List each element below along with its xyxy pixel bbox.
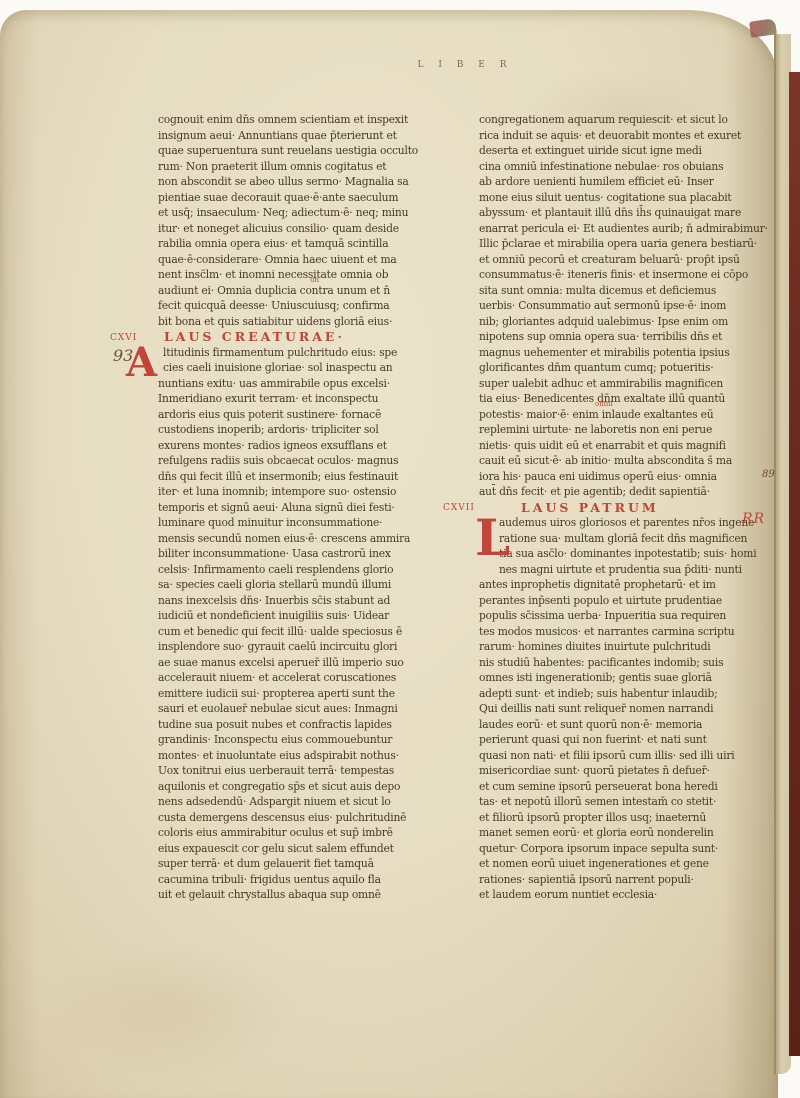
manuscript-line: abyssum· et plantauit illū dn̄s ih̄s qui… <box>479 205 775 221</box>
manuscript-line: celsis· Infirmamento caeli resplendens g… <box>158 562 454 578</box>
manuscript-line: fecit quicquā deesse· Uniuscuiusq; confi… <box>158 298 454 314</box>
manuscript-line: custodiens inoperib; ardoris· triplicite… <box>158 422 454 438</box>
manuscript-line: exurens montes· radios igneos exsufflans… <box>158 438 454 454</box>
manuscript-line: mone eius siluit uentus· cogitatione sua… <box>479 190 775 206</box>
manuscript-line: nietis· quis uidit eū et enarrabit et qu… <box>479 438 775 454</box>
manuscript-line: quae·ē·considerare· Omnia haec uiuent et… <box>158 252 454 268</box>
manuscript-line: populis sc̄issima uerba· Inpueritia sua … <box>479 608 775 624</box>
manuscript-line: potestis· maior·ē· enim inlaude exaltant… <box>479 407 775 423</box>
manuscript-line: ratione sua· multam gloriā fecit dn̄s ma… <box>479 531 775 547</box>
text-block: ltitudinis firmamentum pulchritudo eius:… <box>158 345 454 903</box>
manuscript-line: biliter inconsummatione· Uasa castrorū i… <box>158 546 454 562</box>
manuscript-line: nans inexcelsis dn̄s· Inuerbis sc̄is sta… <box>158 593 454 609</box>
manuscript-line: quae superuentura sunt reuelans uestigia… <box>158 143 454 159</box>
manuscript-line: manet semen eorū· et gloria eorū nondere… <box>479 825 775 841</box>
manuscript-line: quetur· Corpora ipsorum inpace sepulta s… <box>479 841 775 857</box>
manuscript-line: nipotens sup omnia opera sua· terribilis… <box>479 329 775 345</box>
margin-chapter-number-cxvi: CXVI <box>110 334 137 343</box>
manuscript-line: iora his· pauca eni uidimus operū eius· … <box>479 469 775 485</box>
manuscript-line: et filiorū ipsorū propter illos usq; ina… <box>479 810 775 826</box>
manuscript-line: ltitudinis firmamentum pulchritudo eius:… <box>158 345 454 361</box>
manuscript-line: nes magni uirtute et prudentia sua p̄dit… <box>479 562 775 578</box>
manuscript-line: nuntians exitu· uas ammirabile opus exce… <box>158 376 454 392</box>
manuscript-line: eius expauescit cor gelu sicut salem eff… <box>158 841 454 857</box>
manuscript-line: temporis et signū aeui· Aluna signū diei… <box>158 500 454 516</box>
drop-initial-L: L <box>475 513 510 563</box>
manuscript-line: sauri et euolauer̄ nebulae sicut aues: I… <box>158 701 454 717</box>
manuscript-line: tes modos musicos· et narrantes carmina … <box>479 624 775 640</box>
manuscript-line: et usq̄; insaeculum· Neq; adiectum·ē· ne… <box>158 205 454 221</box>
manuscript-line: non abscondit se abeo ullus sermo· Magna… <box>158 174 454 190</box>
book-binding-strip <box>789 72 800 1056</box>
manuscript-line: nib; gloriantes adquid ualebimus· Ipse e… <box>479 314 775 330</box>
manuscript-line: cies caeli inuisione gloriae· sol inaspe… <box>158 360 454 376</box>
margin-red-mark: RR <box>742 512 765 526</box>
manuscript-line: antes inprophetis dignitatē prophetarū· … <box>479 577 775 593</box>
manuscript-line: tia sua asc̄lo· dominantes inpotestatib;… <box>479 546 775 562</box>
text-column-left: cognouit enim dn̄s omnem scientiam et in… <box>158 112 454 903</box>
manuscript-line: iter· et luna inomnib; intempore suo· os… <box>158 484 454 500</box>
manuscript-line: congregationem aquarum requiescit· et si… <box>479 112 775 128</box>
manuscript-line: Qui deillis nati sunt reliquer̄ nomen na… <box>479 701 775 717</box>
manuscript-line: et nomen eorū uiuet ingenerationes et ge… <box>479 856 775 872</box>
manuscript-line: super terrā· et dum gelauerit fiet tamqu… <box>158 856 454 872</box>
manuscript-line: nent insc̄lm· et inomni necessitate omni… <box>158 267 454 283</box>
manuscript-line: coloris eius ammirabitur oculus et sup̄ … <box>158 825 454 841</box>
manuscript-line: cum et benedic qui fecit illū· ualde spe… <box>158 624 454 640</box>
manuscript-line: rabilia omnia opera eius· et tamquā scin… <box>158 236 454 252</box>
manuscript-line: adepti sunt· et indieb; suis habentur in… <box>479 686 775 702</box>
manuscript-line: enarrat pericula ei· Et audientes aurib;… <box>479 221 775 237</box>
manuscript-line: ab ardore uenienti humilem efficiet eū· … <box>479 174 775 190</box>
text-block-col1-part1: cognouit enim dn̄s omnem scientiam et in… <box>158 112 454 329</box>
manuscript-line: Inmeridiano exurit terram· et inconspect… <box>158 391 454 407</box>
text-column-right: congregationem aquarum requiescit· et si… <box>479 112 775 903</box>
manuscript-line: audiunt ei· Omnia duplicia contra unum e… <box>158 283 454 299</box>
text-block: audemus uiros gloriosos et parentes nr̄o… <box>479 515 775 903</box>
manuscript-line: cacumina tribuli· frigidus uentus aquilo… <box>158 872 454 888</box>
manuscript-line: sita sunt omnia: multa dicemus et defici… <box>479 283 775 299</box>
manuscript-line: uerbis· Consummatio aut̄ sermonū ipse·ē·… <box>479 298 775 314</box>
manuscript-line: montes· et inuoluntate eius adspirabit n… <box>158 748 454 764</box>
manuscript-line: nis studiū habentes: pacificantes indomi… <box>479 655 775 671</box>
manuscript-line: mensis secundū nomen eius·ē· crescens am… <box>158 531 454 547</box>
manuscript-line: bit bona et quis satiabitur uidens glori… <box>158 314 454 330</box>
manuscript-line: rum· Non praeterit illum omnis cogitatus… <box>158 159 454 175</box>
manuscript-line: ae suae manus excelsi aperuer̄ illū impe… <box>158 655 454 671</box>
manuscript-line: aquilonis et congregatio sp̄s et sicut a… <box>158 779 454 795</box>
manuscript-line: rarum· homines diuites inuirtute pulchri… <box>479 639 775 655</box>
manuscript-line: insignum aeui· Annuntians quae p̄terieru… <box>158 128 454 144</box>
manuscript-line: Uox tonitrui eius uerberauit terrā· temp… <box>158 763 454 779</box>
manuscript-scan: L I B E R cognouit enim dn̄s omnem scien… <box>0 0 800 1098</box>
manuscript-line: custa demergens descensus eius· pulchrit… <box>158 810 454 826</box>
text-block-col1-part2: A ltitudinis firmamentum pulchritudo eiu… <box>158 345 454 903</box>
manuscript-line: dn̄s qui fecit illū et insermonib; eius … <box>158 469 454 485</box>
manuscript-line: luminare quod minuitur inconsummatione· <box>158 515 454 531</box>
manuscript-line: pientiae suae decorauit quae·ē·ante saec… <box>158 190 454 206</box>
manuscript-line: ardoris eius quis poterit sustinere· for… <box>158 407 454 423</box>
margin-quire-mark: 93 <box>113 348 133 364</box>
manuscript-line: perierunt quasi qui non fuerint· et nati… <box>479 732 775 748</box>
interlinear-gloss: omni <box>595 401 613 408</box>
text-block-col2-part1: congregationem aquarum requiescit· et si… <box>479 112 775 500</box>
manuscript-line: misericordiae sunt· quorū pietates n̄ de… <box>479 763 775 779</box>
manuscript-line: tas· et nepotū illorū semen intestam̄ co… <box>479 794 775 810</box>
manuscript-line: uit et gelauit chrystallus abaqua sup om… <box>158 887 454 903</box>
manuscript-line: aut̄ dn̄s fecit· et pie agentib; dedit s… <box>479 484 775 500</box>
edge-folio-number: 89 <box>762 470 775 480</box>
manuscript-line: super ualebit adhuc et ammirabilis magni… <box>479 376 775 392</box>
interlinear-gloss: un <box>310 277 319 284</box>
chapter-heading-laus-patrum: LAUS PATRUM <box>479 500 775 516</box>
manuscript-line: replemini uirtute· ne laboretis non eni … <box>479 422 775 438</box>
manuscript-line: glorificantes dn̄m quantum cumq; potueri… <box>479 360 775 376</box>
text-block-col2-part2: L audemus uiros gloriosos et parentes nr… <box>479 515 775 903</box>
manuscript-line: insplendore suo· gyrauit caelū incircuit… <box>158 639 454 655</box>
corner-bookmark-tab <box>749 18 777 37</box>
manuscript-line: itur· et noneget alicuius consilio· quam… <box>158 221 454 237</box>
manuscript-line: magnus uehementer et mirabilis potentia … <box>479 345 775 361</box>
manuscript-line: accelerauit niuem· et accelerat coruscat… <box>158 670 454 686</box>
manuscript-line: rationes· sapientiā ipsorū narrent popul… <box>479 872 775 888</box>
manuscript-line: Illic p̄clarae et mirabilia opera uaria … <box>479 236 775 252</box>
manuscript-line: cauit eū sicut·ē· ab initio· multa absco… <box>479 453 775 469</box>
chapter-heading-laus-creaturae: LAUS CREATURAE· <box>158 329 454 345</box>
manuscript-line: omnes isti ingenerationib; gentis suae g… <box>479 670 775 686</box>
manuscript-line: refulgens radiis suis obcaecat oculos· m… <box>158 453 454 469</box>
margin-chapter-number-cxvii: CXVII <box>443 504 475 513</box>
manuscript-line: consummatus·ē· iteneris finis· et inserm… <box>479 267 775 283</box>
running-title: L I B E R <box>405 60 525 70</box>
manuscript-line: nens adsedendū· Adspargit niuem et sicut… <box>158 794 454 810</box>
parchment-stain <box>40 940 300 1080</box>
manuscript-line: tudine sua posuit nubes et confractis la… <box>158 717 454 733</box>
manuscript-line: laudes eorū· et sunt quorū non·ē· memori… <box>479 717 775 733</box>
manuscript-line: iudiciū et nondeficient inuigiliis suis·… <box>158 608 454 624</box>
manuscript-line: deserta et extinguet uiride sicut igne m… <box>479 143 775 159</box>
manuscript-line: quasi non nati· et filii ipsorū cum illi… <box>479 748 775 764</box>
manuscript-line: grandinis· Inconspectu eius commouebuntu… <box>158 732 454 748</box>
manuscript-line: cina omniū infestinatione nebulae· ros o… <box>479 159 775 175</box>
manuscript-line: sa· species caeli gloria stellarū mundū … <box>158 577 454 593</box>
manuscript-line: et cum semine ipsorū perseuerat bona her… <box>479 779 775 795</box>
manuscript-line: rica induit se aquis· et deuorabit monte… <box>479 128 775 144</box>
manuscript-line: audemus uiros gloriosos et parentes nr̄o… <box>479 515 775 531</box>
manuscript-line: tia eius· Benedicentes dn̄m exaltate ill… <box>479 391 775 407</box>
manuscript-line: cognouit enim dn̄s omnem scientiam et in… <box>158 112 454 128</box>
manuscript-line: emittere iudicii sui· propterea aperti s… <box>158 686 454 702</box>
manuscript-line: et omniū pecorū et creaturam beluarū· pr… <box>479 252 775 268</box>
manuscript-line: perantes inp̄senti populo et uirtute pru… <box>479 593 775 609</box>
manuscript-line: et laudem eorum nuntiet ecclesia· <box>479 887 775 903</box>
